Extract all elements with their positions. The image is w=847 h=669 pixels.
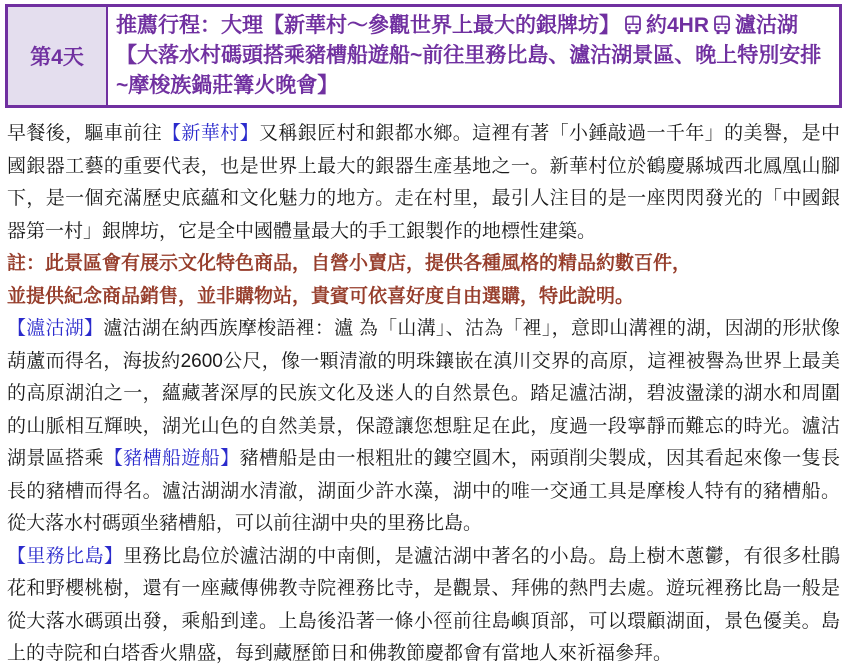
route-cell: 推薦行程：大理【新華村～參觀世界上最大的銀牌坊】 約4HR xyxy=(107,6,841,107)
paragraph-xinhua-village: 早餐後，驅車前往【新華村】又稱銀匠村和銀都水鄉。這裡有著「小錘敲過一千年」的美譽… xyxy=(7,118,840,248)
bus-icon xyxy=(620,14,646,37)
p1-highlight-xinhua-village: 【新華村】 xyxy=(162,123,259,144)
header-row: 第4天 推薦行程：大理【新華村～參觀世界上最大的銀牌坊】 約4HR xyxy=(7,6,841,107)
p2-highlight-pig-trough-boat: 【豬槽船遊船】 xyxy=(104,448,240,469)
paragraph-lugu-lake: 【瀘沽湖】瀘沽湖在納西族摩梭語裡：瀘 為「山溝」、沽為「裡」，意即山溝裡的湖，因… xyxy=(7,313,840,541)
p1-text-pre: 早餐後，驅車前往 xyxy=(7,123,162,144)
bus-icon xyxy=(709,14,735,37)
note-line-1: 註：此景區會有展示文化特色商品，自營小賣店，提供各種風格的精品約數百件， xyxy=(7,248,840,281)
itinerary-header-table: 第4天 推薦行程：大理【新華村～參觀世界上最大的銀牌坊】 約4HR xyxy=(5,4,842,108)
shopping-note: 註：此景區會有展示文化特色商品，自營小賣店，提供各種風格的精品約數百件， 並提供… xyxy=(7,248,840,313)
p3-highlight-liwubi-island: 【里務比島】 xyxy=(7,546,123,567)
p2-highlight-lugu-lake: 【瀘沽湖】 xyxy=(7,318,103,339)
paragraph-liwubi-island: 【里務比島】里務比島位於瀘沽湖的中南側，是瀘沽湖中著名的小島。島上樹木蔥鬱，有很… xyxy=(7,541,840,669)
note-line-2: 並提供紀念商品銷售，並非購物站，貴賓可依喜好度自由選購，特此說明。 xyxy=(7,281,840,314)
itinerary-page: 第4天 推薦行程：大理【新華村～參觀世界上最大的銀牌坊】 約4HR xyxy=(0,0,847,669)
day-label: 第4天 xyxy=(7,6,108,107)
itinerary-body: 早餐後，驅車前往【新華村】又稱銀匠村和銀都水鄉。這裡有著「小錘敲過一千年」的美譽… xyxy=(5,108,842,669)
route-duration: 約4HR xyxy=(646,14,709,37)
p2-text-1: 瀘沽湖在納西族摩梭語裡：瀘 為「山溝」、沽為「裡」，意即山溝裡的湖，因湖的形狀像… xyxy=(7,318,840,469)
p3-text: 里務比島位於瀘沽湖的中南側，是瀘沽湖中著名的小島。島上樹木蔥鬱，有很多杜鵑花和野… xyxy=(7,546,840,665)
route-text-part1: 推薦行程：大理【新華村～參觀世界上最大的銀牌坊】 xyxy=(116,14,620,37)
